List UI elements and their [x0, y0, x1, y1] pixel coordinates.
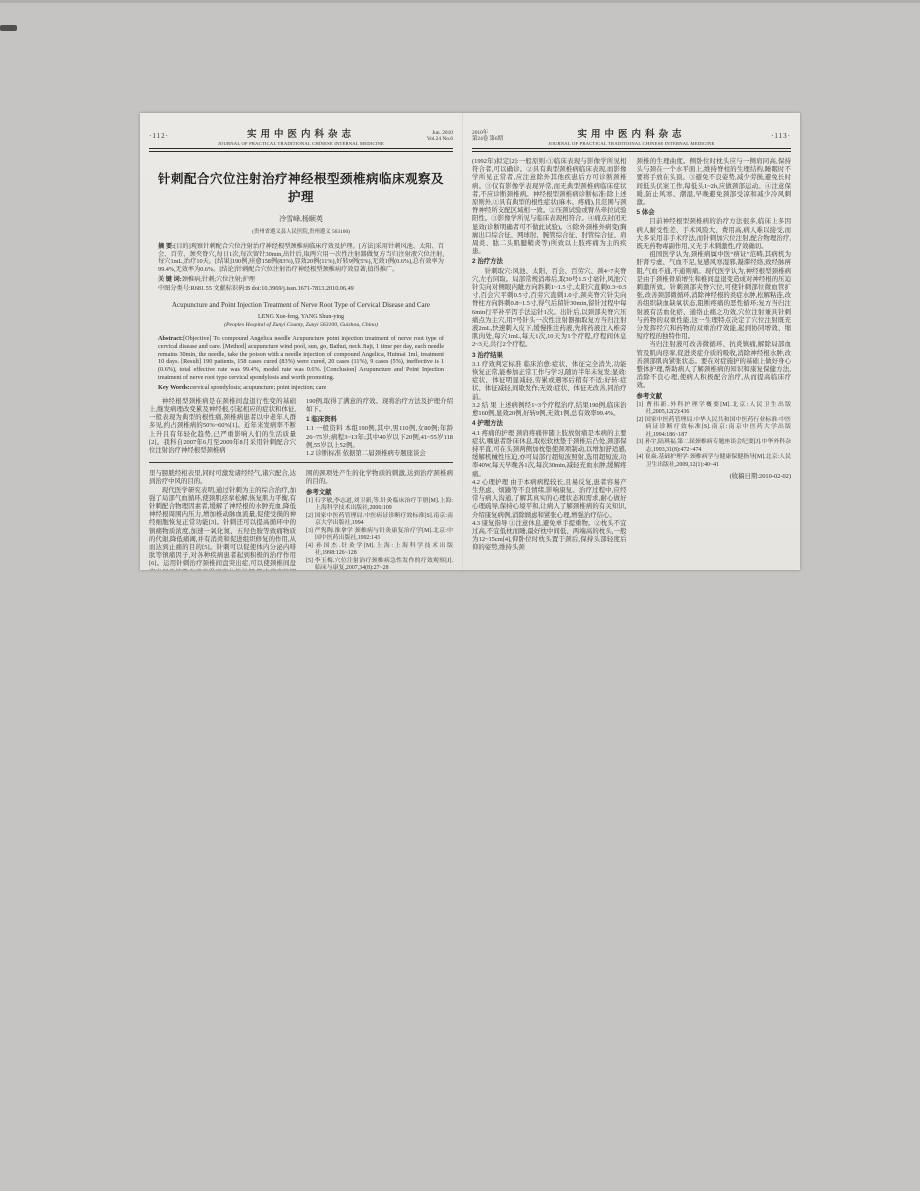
paragraph: 1.2 诊断标准 依据第二届颈椎病专题座谈会 [306, 450, 453, 458]
keywords-label: 关 键 词: [158, 276, 182, 283]
journal-page-113: 2010年 第24卷 第6期 实用中医内科杂志 JOURNAL OF PRACT… [462, 113, 800, 570]
abstract-cn: 摘 要:[目的]观察针刺配合穴位注射治疗神经根型颈椎病临床疗效及护理。[方法]采… [158, 243, 444, 274]
scanned-journal-spread: ·112· 实用中医内科杂志 JOURNAL OF PRACTICAL TRAD… [140, 113, 800, 570]
reference-item: [3] 严隽陶.推拿学 颈椎病与针灸康复治疗学[M].北京:中国中医药出版社,1… [306, 528, 453, 543]
journal-page-112: ·112· 实用中医内科杂志 JOURNAL OF PRACTICAL TRAD… [140, 113, 462, 570]
paragraph: 颈椎的生理曲度。侧卧位时枕头应与一侧肩同高,保持头与颈在一个水平面上,维持脊柱的… [637, 158, 792, 207]
journal-masthead: 实用中医内科杂志 JOURNAL OF PRACTICAL TRADITIONA… [528, 126, 735, 147]
received-date: (收稿日期:2010-02-02) [637, 473, 792, 481]
reference-item: [5] 李玉梅.穴位注射治疗颈椎病急性发作的疗效观察[J].临床与康复,2007… [306, 558, 453, 570]
column-2: 190例,取得了满意的疗效。现将治疗方法及护理介绍如下。1 临床资料1.1 一般… [306, 398, 453, 458]
page-number: ·113· [735, 132, 791, 140]
abstract-label: 摘 要: [158, 243, 174, 250]
keywords-en-text: cervical spondylosis; acupuncture; point… [190, 384, 327, 391]
column-1: 里与膀胱经相表里,同时可激发诸经经气,诸穴配合,达到治疗中风的目的。现代医学研究… [149, 470, 296, 570]
keywords-cn: 关 键 词:颈椎病;针刺;穴位注射;护理 [158, 276, 444, 284]
section-heading: 4 护理方法 [472, 420, 627, 428]
abstract-en-label: Abstract: [158, 335, 183, 342]
section-heading: 3 治疗结果 [472, 352, 627, 360]
article-title: 针刺配合穴位注射治疗神经根型颈椎病临床观察及护理 [153, 169, 449, 205]
section-heading: 5 体会 [637, 209, 792, 217]
keywords-text: 颈椎病;针刺;穴位注射;护理 [182, 276, 255, 283]
journal-title-en: JOURNAL OF PRACTICAL TRADITIONAL CHINESE… [205, 141, 397, 146]
abstract-text: [目的]观察针刺配合穴位注射治疗神经根型颈椎病临床疗效及护理。[方法]采用针刺风… [158, 243, 444, 273]
column-1: (1992年)拟定[2]:一般原则:①临床表现与影像学所见相符合者,可以确诊。②… [472, 158, 627, 553]
reference-item: [2] 国家中医药管理局.中华人民共和国中医药行业标准·中医病证诊断疗效标准[S… [637, 417, 792, 440]
abstract-en: Abstract:[Objective] To compound Angelic… [158, 335, 444, 382]
paragraph: 4.3 康复指导 ①注意休息,避免单手提重物。②枕头不宜过高,不宜低枕而睡,最好… [472, 520, 627, 553]
header-rule [472, 148, 791, 152]
journal-title-en: JOURNAL OF PRACTICAL TRADITIONAL CHINESE… [528, 141, 735, 146]
scan-edge-shadow [0, 0, 920, 3]
article-affiliation: (贵州省遵义县人民医院,贵州遵义 563100) [149, 227, 453, 235]
paragraph: 当归注射液可改善微循环、抗炎镇痛,解除局部血管及肌肉痉挛,促进炎症介质的吸收,消… [637, 341, 792, 390]
paragraph: 1.1 一般资料 本组190例,其中,男110例,女80例;年龄26~75岁;病… [306, 425, 453, 450]
paragraph: 针刺取穴:风池、太阳、百会、百劳穴、颈4~7夹脊穴,左右同取。局部常规消毒后,取… [472, 268, 627, 350]
page-header: ·112· 实用中医内科杂志 JOURNAL OF PRACTICAL TRAD… [149, 126, 453, 146]
paragraph: 4.1 疼痛的护理 颈肩疼痛伴随上肢放射痛是本病的主要症状,嘱患者卧床休息,取松… [472, 430, 627, 479]
article-title-en: Acupuncture and Point Injection Treatmen… [149, 302, 453, 309]
keywords-en-label: Key Words: [158, 384, 190, 391]
article-authors: 冷雪峰,杨顺英 [149, 214, 453, 224]
paragraph: 现代医学研究表明,通过针刺为主的综合治疗,加强了局部气血循环,使颈肌痉挛松解,恢… [149, 487, 296, 570]
continued-article-columns: 里与膀胱经相表里,同时可激发诸经经气,诸穴配合,达到治疗中风的目的。现代医学研究… [149, 470, 453, 570]
reference-item: [1] 曹伟新.外科护理学概要[M].北京:人民卫生出版社,2005,12(2)… [637, 402, 792, 417]
section-heading: 1 临床资料 [306, 416, 453, 424]
issue-info: 2010年 第24卷 第6期 [472, 130, 528, 143]
issue-volume: Vol.24 No.6 [397, 136, 453, 143]
article-authors-en: LENG Xue-feng, YANG Shun-ying [149, 314, 453, 320]
abstract-en-text: [Objective] To compound Angelica needle … [158, 335, 444, 381]
paragraph: 神经根型颈椎病是在颈椎间盘退行性变的基础上,继发病理改变累及神经根,引起相应的症… [149, 398, 296, 455]
scan-artifact-speck [0, 25, 17, 31]
header-rule [149, 148, 453, 152]
journal-title-cn: 实用中医内科杂志 [205, 126, 397, 140]
body-columns: (1992年)拟定[2]:一般原则:①临床表现与影像学所见相符合者,可以确诊。②… [472, 158, 791, 553]
paragraph: 目前神经根型颈椎病的治疗方法很多,临床上多因病人耐受性差、手术风险大、费用高,病… [637, 218, 792, 251]
clc-doi-line: 中图分类号:R681.55 文献标识码:B doi:10.3969/j.issn… [158, 285, 444, 293]
reference-item: [4] 孙国杰.针灸学[M].上海:上海科学技术出版社,1998:126~128 [306, 543, 453, 558]
paragraph: 祖国医学认为,颈椎病属中医“痹证”范畴,其病机为肝肾亏虚、气血不足,复感风寒湿邪… [637, 251, 792, 341]
article-affiliation-en: (Peoples Hospital of Zunyi County, Zunyi… [149, 322, 453, 328]
issue-info: Jun. 2010 Vol.24 No.6 [397, 130, 453, 143]
section-heading: 参考文献 [306, 489, 453, 497]
reference-item: [2] 国家中医药管理局.中医病证诊断疗效标准[S].南京:南京大学出版社,19… [306, 513, 453, 528]
paragraph: 190例,取得了满意的疗效。现将治疗方法及护理介绍如下。 [306, 398, 453, 414]
paragraph: 里与膀胱经相表里,同时可激发诸经经气,诸穴配合,达到治疗中风的目的。 [149, 470, 296, 486]
column-2: 围的颈项处产生的化学物质的刺激,达到治疗颈椎病的目的。参考文献[1] 石学敏,李… [306, 470, 453, 570]
paragraph: 围的颈项处产生的化学物质的刺激,达到治疗颈椎病的目的。 [306, 470, 453, 486]
body-columns-top: 神经根型颈椎病是在颈椎间盘退行性变的基础上,继发病理改变累及神经根,引起相应的症… [149, 398, 453, 458]
journal-masthead: 实用中医内科杂志 JOURNAL OF PRACTICAL TRADITIONA… [205, 126, 397, 147]
reference-item: [3] 孙宇,陆琪福.第二届颈椎病专题座谈会纪要[J].中华外科杂志,1993,… [637, 439, 792, 454]
column-1: 神经根型颈椎病是在颈椎间盘退行性变的基础上,继发病理改变累及神经根,引起相应的症… [149, 398, 296, 458]
paragraph: (1992年)拟定[2]:一般原则:①临床表现与影像学所见相符合者,可以确诊。②… [472, 158, 627, 256]
page-number: ·112· [149, 132, 205, 140]
paragraph: 3.2 结 果 上述病例经1~3个疗程治疗,结果190例,临床治愈160例,显效… [472, 402, 627, 418]
journal-title-cn: 实用中医内科杂志 [528, 126, 735, 140]
issue-volume: 第24卷 第6期 [472, 136, 528, 143]
paragraph: 4.2 心理护理 由于本病病程较长,且易反复,患者容易产生焦虑、烦躁等不良情绪,… [472, 479, 627, 520]
reference-item: [4] 崔焱.基础护理学·颈椎病学与健康保健指导[M].北京:人民卫生出版社,2… [637, 454, 792, 469]
keywords-en: Key Words:cervical spondylosis; acupunct… [158, 384, 444, 391]
section-heading: 参考文献 [637, 393, 792, 401]
reference-item: [1] 石学敏,李志道,刘卫新,等.针灸临床治疗手册[M].上海:上海科学技术出… [306, 498, 453, 513]
page-header: 2010年 第24卷 第6期 实用中医内科杂志 JOURNAL OF PRACT… [472, 126, 791, 146]
column-2: 颈椎的生理曲度。侧卧位时枕头应与一侧肩同高,保持头与颈在一个水平面上,维持脊柱的… [637, 158, 792, 553]
paragraph: 3.1 疗效判定标准 临床治愈:症状、体征完全消失,功能恢复正常,能参加正常工作… [472, 361, 627, 402]
section-heading: 2 治疗方法 [472, 258, 627, 266]
continued-article-divider [149, 462, 453, 463]
